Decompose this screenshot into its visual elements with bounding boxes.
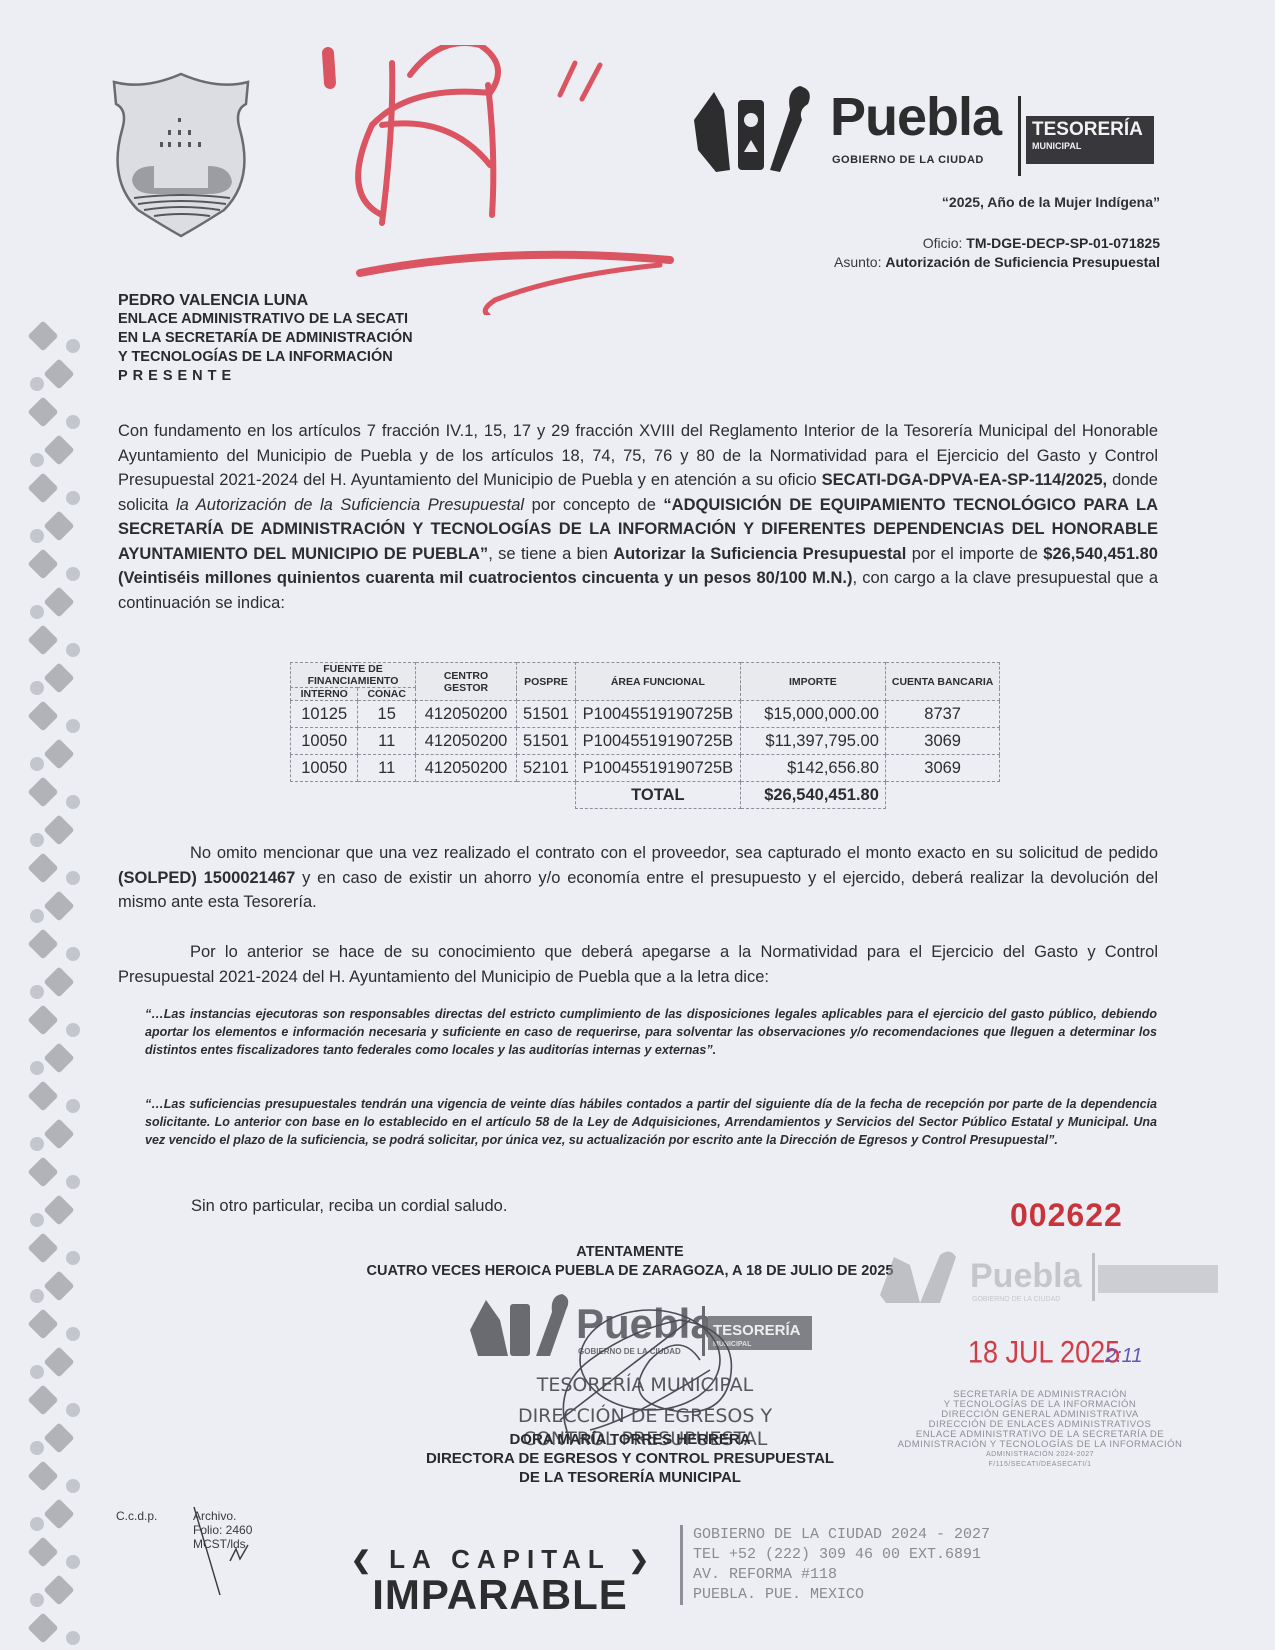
cell-importe: $15,000,000.00: [740, 701, 885, 728]
header-cuenta-bancaria: CUENTA BANCARIA: [885, 663, 1000, 701]
header-importe: IMPORTE: [740, 663, 885, 701]
initials-scribble: [190, 1505, 260, 1600]
cell-centro-gestor: 412050200: [416, 728, 517, 755]
recipient-block: PEDRO VALENCIA LUNA ENLACE ADMINISTRATIV…: [118, 291, 413, 386]
cell-importe: $11,397,795.00: [740, 728, 885, 755]
body-paragraph-1: Con fundamento en los artículos 7 fracci…: [118, 419, 1158, 615]
cell-cuenta: 8737: [885, 701, 1000, 728]
badge-subtitle: MUNICIPAL: [1032, 140, 1148, 152]
oficio-block: Oficio: TM-DGE-DECP-SP-01-071825 Asunto:…: [834, 234, 1160, 272]
tesoreria-badge: TESORERÍA MUNICIPAL: [1026, 116, 1154, 164]
table-row: 100501141205020052101P10045519190725B$14…: [291, 755, 1000, 782]
handwritten-mark-a: [320, 45, 680, 315]
wing-right-icon: ❯: [629, 1546, 649, 1575]
brand-subtitle: GOBIERNO DE LA CIUDAD: [832, 154, 984, 166]
received-time-mark: 2:11: [1105, 1345, 1142, 1368]
oficio-reference: SECATI-DGA-DPVA-EA-SP-114/2025,: [822, 471, 1107, 489]
svg-text:GOBIERNO DE LA CIUDAD: GOBIERNO DE LA CIUDAD: [972, 1296, 1060, 1303]
solped-number: (SOLPED) 1500021467: [118, 869, 295, 887]
decorative-border: [28, 325, 86, 1650]
header-interno: INTERNO: [291, 688, 358, 701]
city-emblem-icon: [690, 80, 820, 176]
header-centro-gestor: CENTRO GESTOR: [416, 663, 517, 701]
total-value: $26,540,451.80: [740, 782, 885, 809]
cell-pospre: 51501: [517, 701, 576, 728]
budget-table: FUENTE DE FINANCIAMIENTO CENTRO GESTOR P…: [290, 662, 1000, 809]
cell-conac: 15: [358, 701, 416, 728]
reception-stamp-line: ADMINISTRACIÓN 2024-2027: [880, 1450, 1200, 1460]
header-pospre: POSPRE: [517, 663, 576, 701]
signer-title: DIRECTORA DE EGRESOS Y CONTROL PRESUPUES…: [300, 1449, 960, 1468]
reception-stamp-line: F/115/SECATI/DEASECATI/1: [880, 1460, 1200, 1470]
brand-name: Puebla: [830, 86, 1001, 148]
cell-interno: 10050: [291, 728, 358, 755]
cell-pospre: 52101: [517, 755, 576, 782]
atentamente: ATENTAMENTE: [300, 1244, 960, 1260]
signer-title: DE LA TESORERÍA MUNICIPAL: [300, 1468, 960, 1487]
asunto-value: Autorización de Suficiencia Presupuestal: [885, 254, 1160, 270]
recipient-title-line: ENLACE ADMINISTRATIVO DE LA SECATI: [118, 310, 413, 329]
coat-of-arms-icon: [104, 70, 258, 238]
slogan-line-2: IMPARABLE: [355, 1574, 645, 1616]
cell-cuenta: 3069: [885, 755, 1000, 782]
total-label: TOTAL: [575, 782, 740, 809]
folio-stamp: 002622: [1010, 1197, 1123, 1234]
body-paragraph-2: No omito mencionar que una vez realizado…: [118, 841, 1158, 915]
slogan-la-capital-imparable: ❮ ❯ LA CAPITAL IMPARABLE: [355, 1544, 645, 1616]
cell-area-funcional: P10045519190725B: [575, 701, 740, 728]
wing-left-icon: ❮: [351, 1546, 371, 1575]
secati-stamp-logo: Puebla GOBIERNO DE LA CIUDAD: [880, 1245, 1220, 1305]
recipient-greeting: PRESENTE: [118, 367, 413, 386]
table-row: 101251541205020051501P10045519190725B$15…: [291, 701, 1000, 728]
body-paragraph-3: Por lo anterior se hace de su conocimien…: [118, 940, 1158, 989]
cell-interno: 10050: [291, 755, 358, 782]
recipient-title-line: EN LA SECRETARÍA DE ADMINISTRACIÓN: [118, 329, 413, 348]
ccdp-label: C.c.d.p.: [116, 1509, 157, 1523]
svg-text:Puebla: Puebla: [970, 1257, 1083, 1295]
reception-stamp: SECRETARÍA DE ADMINISTRACIÓNY TECNOLOGÍA…: [880, 1390, 1200, 1470]
closing-line: Sin otro particular, reciba un cordial s…: [191, 1197, 507, 1216]
recipient-name: PEDRO VALENCIA LUNA: [118, 291, 413, 310]
header-area-funcional: ÁREA FUNCIONAL: [575, 663, 740, 701]
cell-area-funcional: P10045519190725B: [575, 728, 740, 755]
asunto-label: Asunto:: [834, 254, 881, 270]
cell-interno: 10125: [291, 701, 358, 728]
cell-conac: 11: [358, 728, 416, 755]
cell-centro-gestor: 412050200: [416, 701, 517, 728]
oficio-number: TM-DGE-DECP-SP-01-071825: [966, 235, 1160, 251]
oficio-label: Oficio:: [923, 235, 963, 251]
handwritten-signature: [530, 1300, 750, 1450]
puebla-tesoreria-logo: Puebla GOBIERNO DE LA CIUDAD TESORERÍA M…: [690, 80, 1160, 180]
cell-conac: 11: [358, 755, 416, 782]
brand-separator: [1018, 96, 1021, 176]
legal-quote-2: “…Las suficiencias presupuestales tendrá…: [145, 1095, 1157, 1149]
contact-address: GOBIERNO DE LA CIUDAD 2024 - 2027 TEL +5…: [680, 1525, 990, 1605]
cell-cuenta: 3069: [885, 728, 1000, 755]
signer-block: DORA MARÍA TORRES HERRERA DIRECTORA DE E…: [300, 1430, 960, 1487]
year-motto: “2025, Año de la Mujer Indígena”: [942, 194, 1160, 210]
header-conac: CONAC: [358, 688, 416, 701]
table-row: 100501141205020051501P10045519190725B$11…: [291, 728, 1000, 755]
received-date-stamp: 18 JUL 2025: [968, 1335, 1120, 1371]
reception-stamp-line: ADMINISTRACIÓN Y TECNOLOGÍAS DE LA INFOR…: [880, 1440, 1200, 1450]
cell-pospre: 51501: [517, 728, 576, 755]
badge-title: TESORERÍA: [1032, 120, 1148, 140]
legal-quote-1: “…Las instancias ejecutoras son responsa…: [145, 1005, 1157, 1059]
recipient-title-line: Y TECNOLOGÍAS DE LA INFORMACIÓN: [118, 348, 413, 367]
place-and-date: CUATRO VECES HEROICA PUEBLA DE ZARAGOZA,…: [300, 1263, 960, 1279]
cell-importe: $142,656.80: [740, 755, 885, 782]
cell-centro-gestor: 412050200: [416, 755, 517, 782]
total-row: TOTAL$26,540,451.80: [291, 782, 1000, 809]
cell-area-funcional: P10045519190725B: [575, 755, 740, 782]
signer-name: DORA MARÍA TORRES HERRERA: [300, 1430, 960, 1449]
header-fuente: FUENTE DE FINANCIAMIENTO: [291, 663, 416, 688]
slogan-line-1: LA CAPITAL: [355, 1544, 645, 1574]
